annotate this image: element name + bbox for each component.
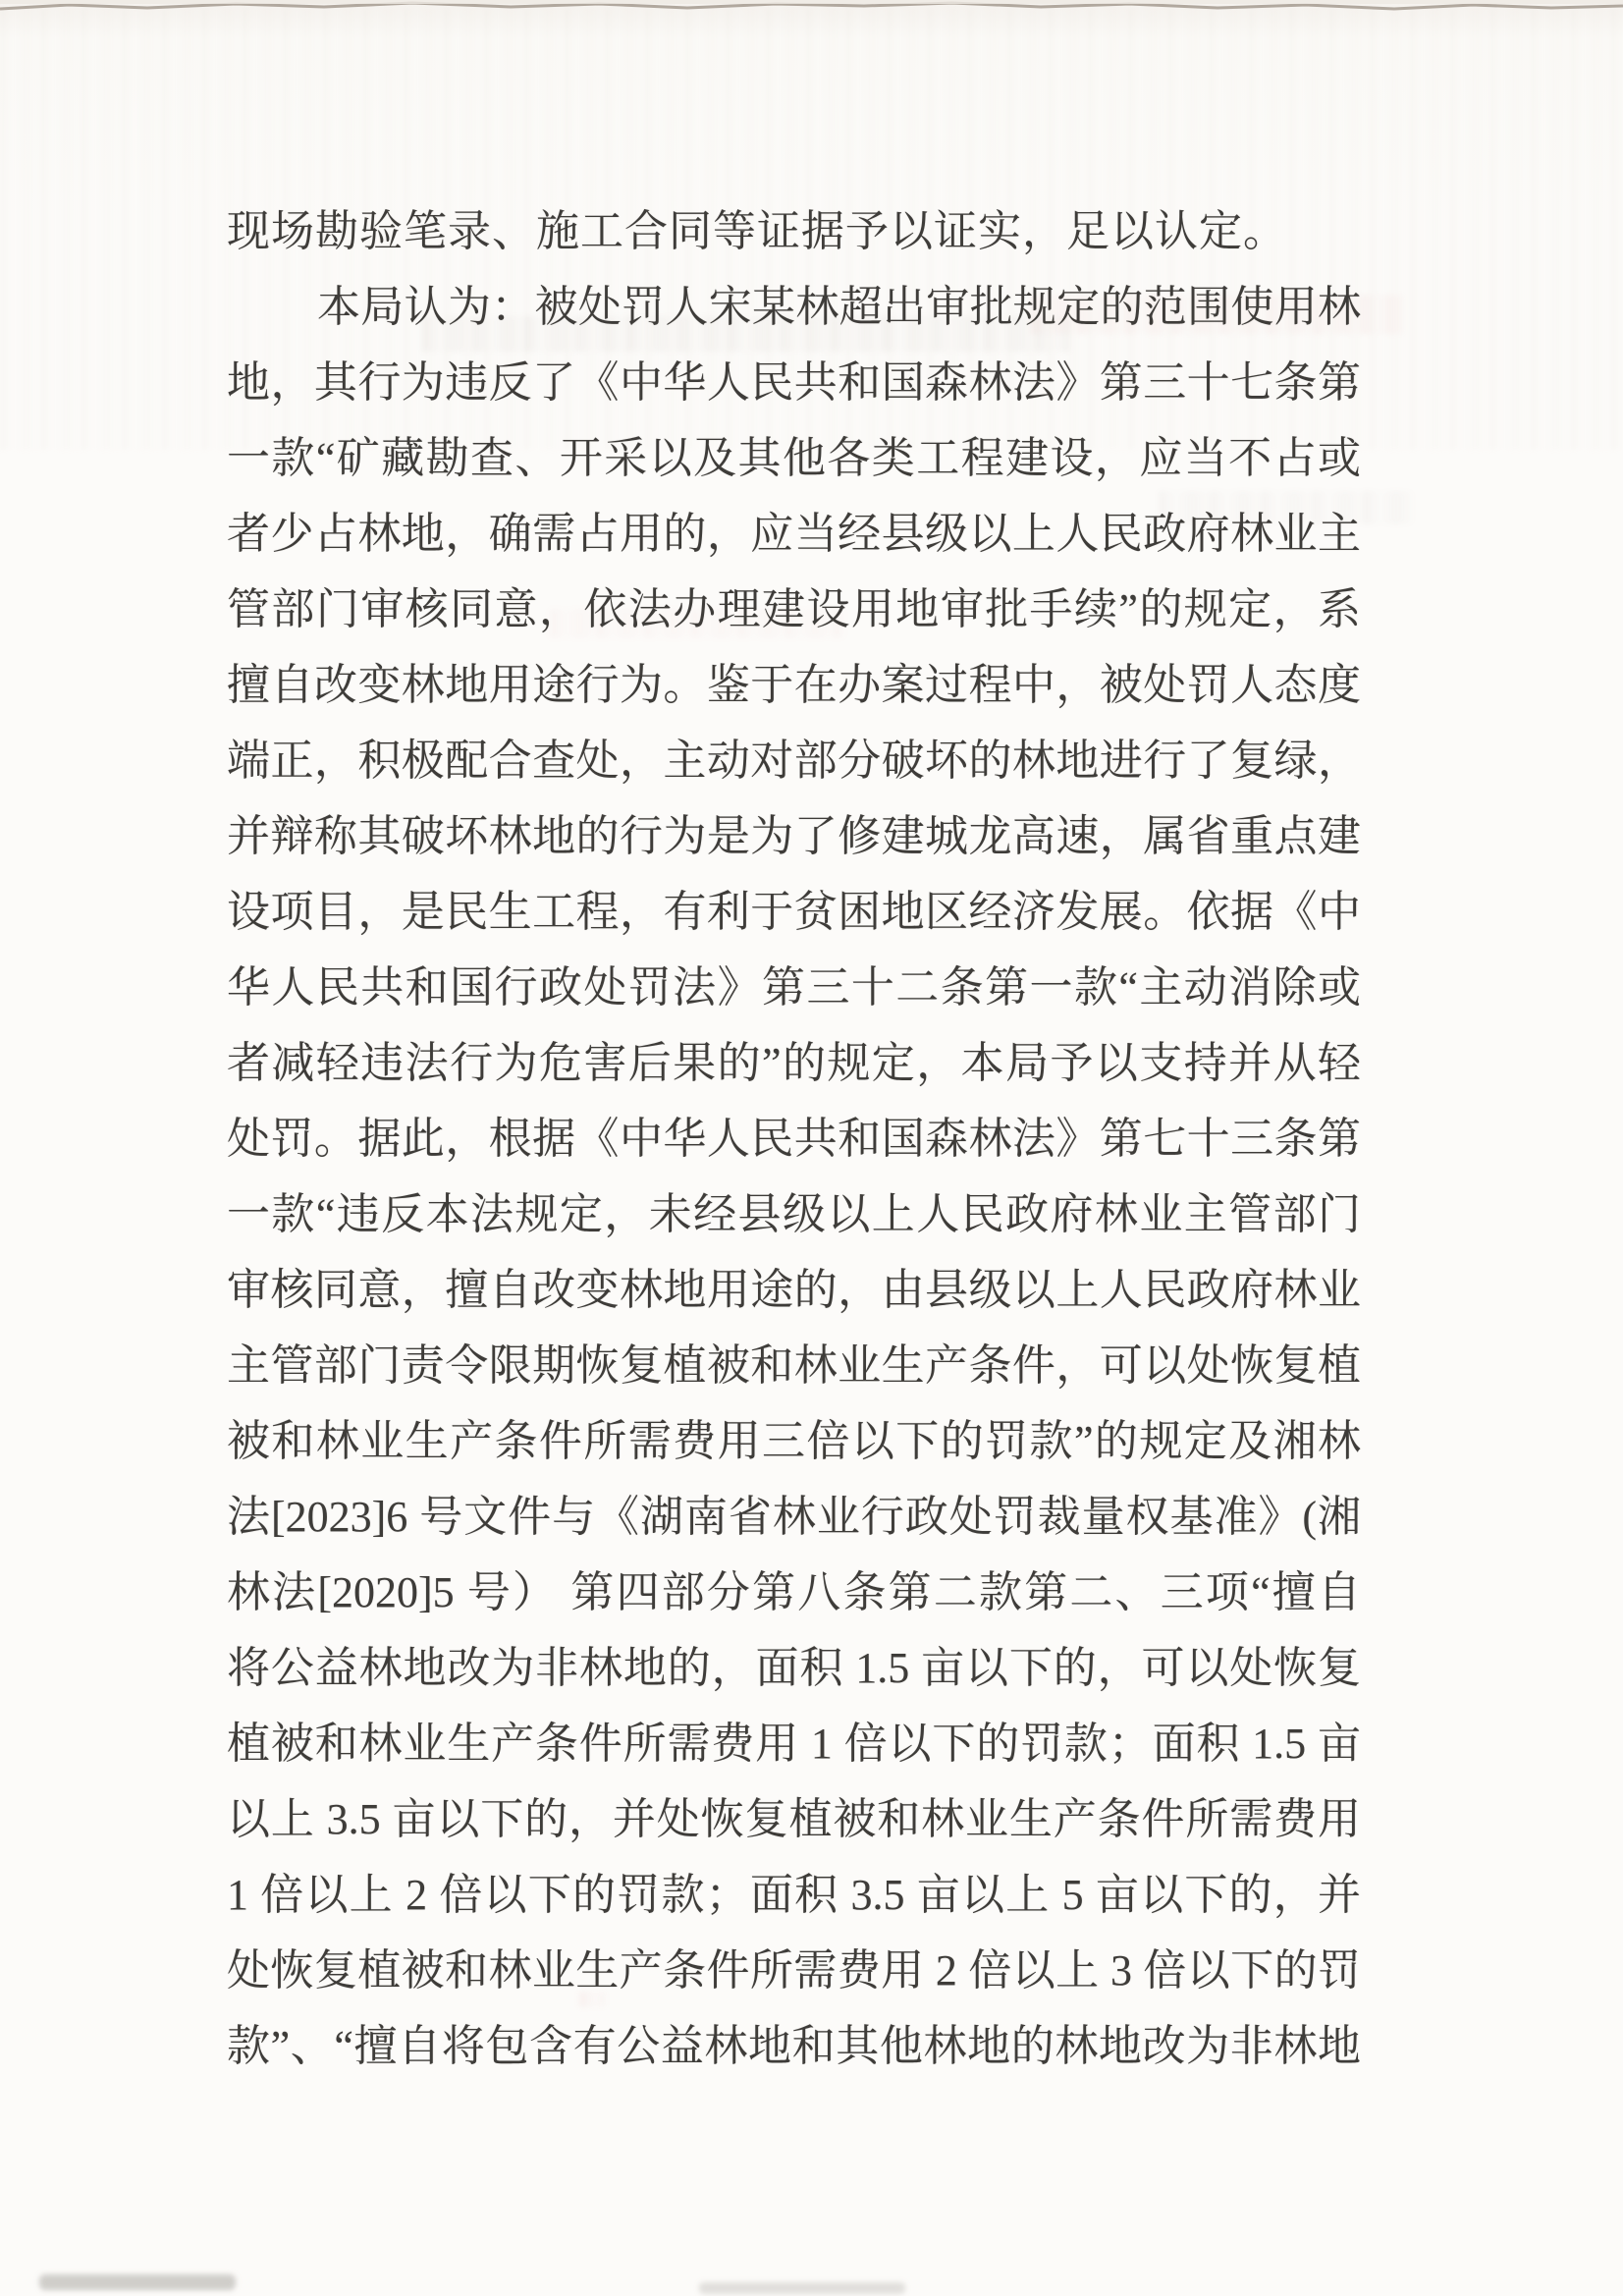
- text-line: 主管部门责令限期恢复植被和林业生产条件，可以处恢复植: [227, 1328, 1361, 1403]
- text-line: 现场勘验笔录、施工合同等证据予以证实，足以认定。: [227, 193, 1361, 269]
- scan-smudge: [39, 2274, 236, 2290]
- text-line: 林法[2020]5 号） 第四部分第八条第二款第二、三项“擅自: [227, 1555, 1361, 1630]
- text-line: 本局认为：被处罚人宋某林超出审批规定的范围使用林: [227, 269, 1361, 345]
- text-line: 者少占林地，确需占用的，应当经县级以上人民政府林业主: [227, 496, 1361, 572]
- scan-smudge: [699, 2282, 905, 2294]
- text-line: 植被和林业生产条件所需费用 1 倍以下的罚款；面积 1.5 亩: [227, 1706, 1361, 1781]
- paper-top-edge: [0, 0, 1623, 16]
- text-line: 并辩称其破坏林地的行为是为了修建城龙高速，属省重点建: [227, 798, 1361, 874]
- text-line: 端正，积极配合查处，主动对部分破坏的林地进行了复绿，: [227, 723, 1361, 798]
- text-line: 被和林业生产条件所需费用三倍以下的罚款”的规定及湘林: [227, 1403, 1361, 1479]
- text-line: 设项目，是民生工程，有利于贫困地区经济发展。依据《中: [227, 874, 1361, 950]
- scanned-page: 现场勘验笔录、施工合同等证据予以证实，足以认定。 本局认为：被处罚人宋某林超出审…: [0, 0, 1623, 2296]
- text-line: 1 倍以上 2 倍以下的罚款；面积 3.5 亩以上 5 亩以下的，并: [227, 1857, 1361, 1933]
- text-line: 审核同意，擅自改变林地用途的，由县级以上人民政府林业: [227, 1252, 1361, 1328]
- text-line: 管部门审核同意，依法办理建设用地审批手续”的规定，系: [227, 572, 1361, 647]
- text-line: 将公益林地改为非林地的，面积 1.5 亩以下的，可以处恢复: [227, 1630, 1361, 1706]
- text-line: 一款“矿藏勘查、开采以及其他各类工程建设，应当不占或: [227, 420, 1361, 496]
- text-line: 者减轻违法行为危害后果的”的规定，本局予以支持并从轻: [227, 1025, 1361, 1101]
- text-line: 一款“违反本法规定，未经县级以上人民政府林业主管部门: [227, 1176, 1361, 1252]
- text-line: 以上 3.5 亩以下的，并处恢复植被和林业生产条件所需费用: [227, 1781, 1361, 1857]
- text-line: 地，其行为违反了《中华人民共和国森林法》第三十七条第: [227, 345, 1361, 420]
- text-line: 款”、“擅自将包含有公益林地和其他林地的林地改为非林地: [227, 2008, 1361, 2084]
- text-line: 处恢复植被和林业生产条件所需费用 2 倍以上 3 倍以下的罚: [227, 1933, 1361, 2008]
- text-line: 华人民共和国行政处罚法》第三十二条第一款“主动消除或: [227, 950, 1361, 1025]
- document-text-block: 现场勘验笔录、施工合同等证据予以证实，足以认定。 本局认为：被处罚人宋某林超出审…: [227, 193, 1361, 2084]
- text-line: 处罚。据此，根据《中华人民共和国森林法》第七十三条第: [227, 1101, 1361, 1176]
- text-line: 擅自改变林地用途行为。鉴于在办案过程中，被处罚人态度: [227, 647, 1361, 723]
- text-line: 法[2023]6 号文件与《湖南省林业行政处罚裁量权基准》(湘: [227, 1479, 1361, 1555]
